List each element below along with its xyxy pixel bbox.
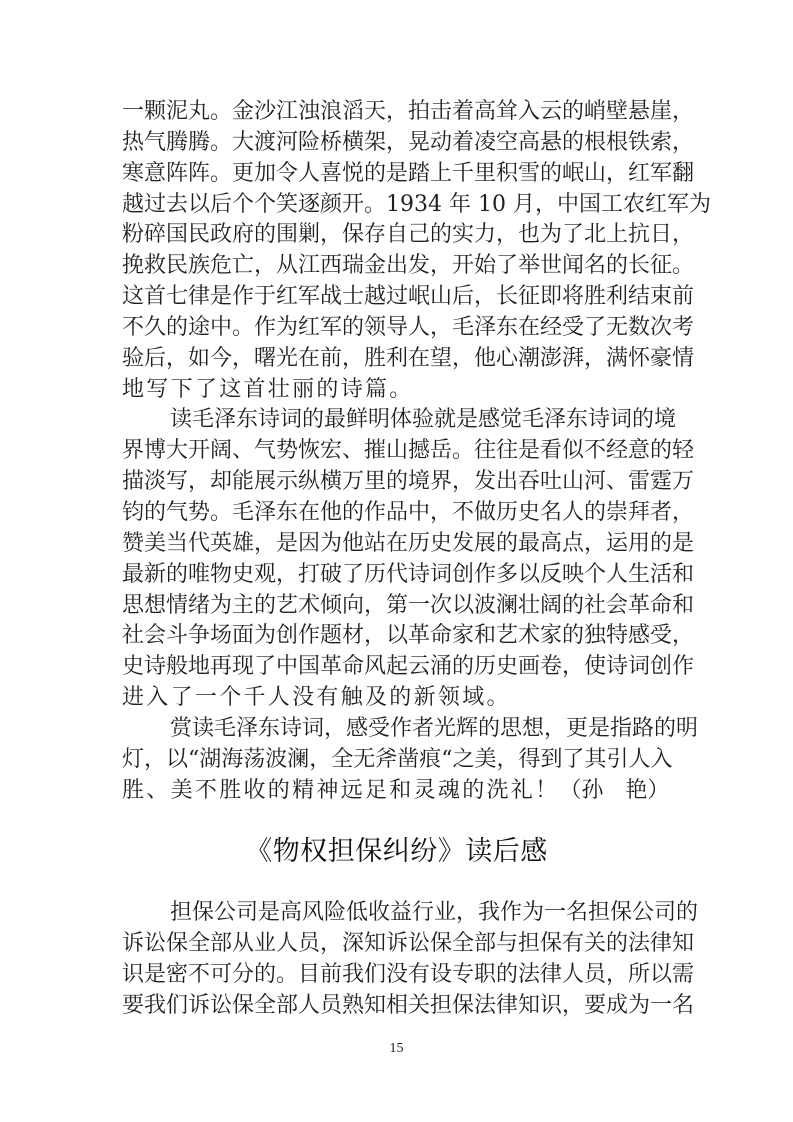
document-page: 一颗泥丸。金沙江浊浪滔天，拍击着高耸入云的峭壁悬崖， 热气腾腾。大渡河险桥横架，… xyxy=(0,0,793,1122)
text-line: 寒意阵阵。更加令人喜悦的是踏上千里积雪的岷山，红军翻 xyxy=(122,159,668,190)
text-line: 诉讼保全部从业人员，深知诉讼保全部与担保有关的法律知 xyxy=(122,929,668,960)
text-line: 胜、美不胜收的精神远足和灵魂的洗礼！ xyxy=(122,776,559,807)
paragraph-start-line: 担保公司是高风险低收益行业，我作为一名担保公司的 xyxy=(122,898,668,929)
closing-line: 胜、美不胜收的精神远足和灵魂的洗礼！ （孙 艳） xyxy=(122,776,668,807)
text-line: 进入了一个千人没有触及的新领域。 xyxy=(122,683,668,714)
text-line: 地写下了这首壮丽的诗篇。 xyxy=(122,375,668,406)
text-line: 识是密不可分的。目前我们没有设专职的法律人员，所以需 xyxy=(122,960,668,991)
page-number: 15 xyxy=(0,1041,793,1057)
text-line: 灯，以“湖海荡波澜，全无斧凿痕“之美，得到了其引人入 xyxy=(122,745,668,776)
essay-body-guarantee: 担保公司是高风险低收益行业，我作为一名担保公司的 诉讼保全部从业人员，深知诉讼保… xyxy=(122,898,668,1021)
text-line: 钧的气势。毛泽东在他的作品中，不做历史名人的崇拜者， xyxy=(122,498,668,529)
text-line: 热气腾腾。大渡河险桥横架，晃动着凌空高悬的根根铁索， xyxy=(122,128,668,159)
paragraph-start-line: 读毛泽东诗词的最鲜明体验就是感觉毛泽东诗词的境 xyxy=(122,405,668,436)
text-line: 最新的唯物史观，打破了历代诗词创作多以反映个人生活和 xyxy=(122,560,668,591)
text-line: 界博大开阔、气势恢宏、摧山撼岳。往往是看似不经意的轻 xyxy=(122,436,668,467)
section-title: 《物权担保纠纷》读后感 xyxy=(0,834,793,870)
text-line: 描淡写，却能展示纵横万里的境界，发出吞吐山河、雷霆万 xyxy=(122,467,668,498)
text-line: 越过去以后个个笑逐颜开。1934 年 10 月，中国工农红军为 xyxy=(122,190,668,221)
text-line: 要我们诉讼保全部人员熟知相关担保法律知识，要成为一名 xyxy=(122,991,668,1022)
text-line: 粉碎国民政府的围剿，保存自己的实力，也为了北上抗日， xyxy=(122,220,668,251)
text-line: 不久的途中。作为红军的领导人，毛泽东在经受了无数次考 xyxy=(122,313,668,344)
essay-body-mao-poetry: 一颗泥丸。金沙江浊浪滔天，拍击着高耸入云的峭壁悬崖， 热气腾腾。大渡河险桥横架，… xyxy=(122,97,668,806)
text-line: 史诗般地再现了中国革命风起云涌的历史画卷，使诗词创作 xyxy=(122,652,668,683)
author-signature: （孙 艳） xyxy=(559,776,669,807)
text-line: 社会斗争场面为创作题材，以革命家和艺术家的独特感受， xyxy=(122,621,668,652)
text-line: 赞美当代英雄，是因为他站在历史发展的最高点，运用的是 xyxy=(122,529,668,560)
text-line: 验后，如今，曙光在前，胜利在望，他心潮澎湃，满怀豪情 xyxy=(122,344,668,375)
paragraph-start-line: 赏读毛泽东诗词，感受作者光辉的思想，更是指路的明 xyxy=(122,714,668,745)
text-line: 这首七律是作于红军战士越过岷山后，长征即将胜利结束前 xyxy=(122,282,668,313)
text-line: 挽救民族危亡，从江西瑞金出发，开始了举世闻名的长征。 xyxy=(122,251,668,282)
text-line: 思想情绪为主的艺术倾向，第一次以波澜壮阔的社会革命和 xyxy=(122,591,668,622)
text-line: 一颗泥丸。金沙江浊浪滔天，拍击着高耸入云的峭壁悬崖， xyxy=(122,97,668,128)
